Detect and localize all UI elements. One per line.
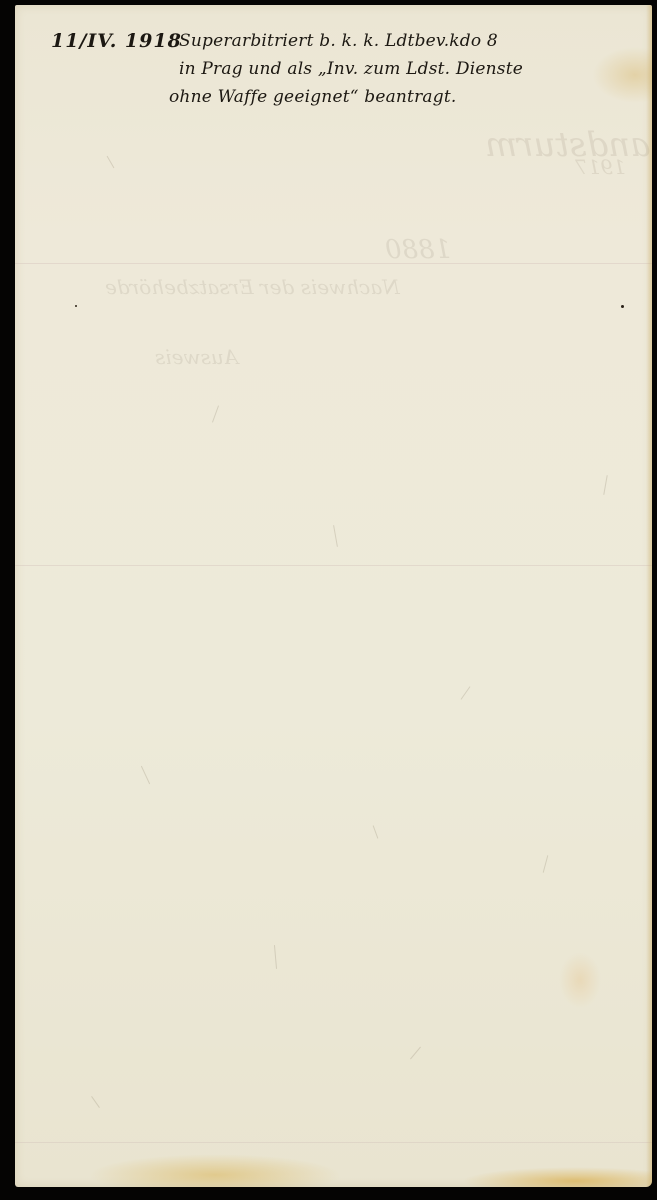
paper-fiber — [91, 1096, 100, 1108]
paper-fiber — [603, 475, 607, 495]
paper-fiber — [373, 825, 379, 838]
ink-speck — [75, 305, 77, 307]
paper-fiber — [410, 1047, 421, 1060]
annotation-line-2: in Prag und als „Inv. zum Ldst. Dienste — [179, 55, 523, 83]
paper-fold-line — [15, 263, 652, 264]
bleed-through-text: 1917 — [575, 155, 626, 179]
paper-fiber — [212, 405, 219, 422]
paper-fiber — [107, 156, 115, 169]
paper-fiber — [461, 686, 471, 700]
paper-fiber — [543, 855, 549, 873]
paper-fold-line — [15, 565, 652, 566]
paper-fiber — [333, 525, 338, 547]
bleed-through-text: Nachweis der Ersatzbehörde — [105, 275, 400, 299]
bleed-through-text: Landsturm — [485, 125, 652, 165]
annotation-date: 11/IV. 1918 — [51, 27, 182, 55]
paper-fiber — [274, 945, 277, 969]
annotation-line-1: Superarbitriert b. k. k. Ldtbev.kdo 8 — [179, 27, 498, 55]
bleed-through-text: Ausweis — [155, 345, 238, 369]
paper-fiber — [141, 766, 150, 785]
paper-fold-line — [15, 1142, 652, 1143]
document-page: Landsturm 1880 Nachweis der Ersatzbehörd… — [15, 5, 652, 1187]
ink-speck — [621, 305, 624, 308]
bleed-through-text: 1880 — [385, 235, 451, 265]
annotation-line-3: ohne Waffe geeignet“ beantragt. — [169, 83, 456, 111]
